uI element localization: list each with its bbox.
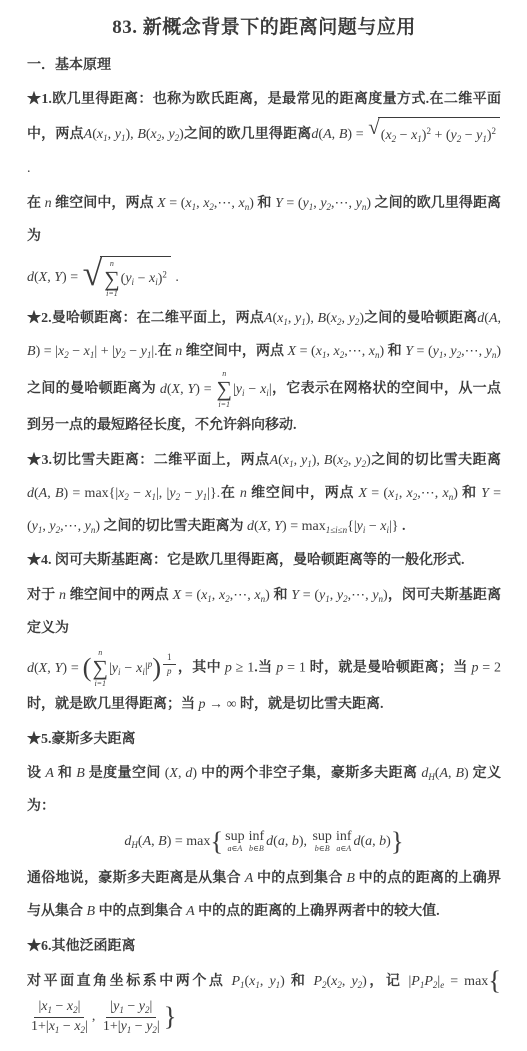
formula-euclidean-nd: d(X, Y) = √n∑i=1(yi − xi)2 .	[27, 256, 501, 300]
para-hausdorff-note: 通俗地说，豪斯多夫距离是从集合 A 中的点到集合 B 中的点的距离的上确界与从集…	[27, 863, 501, 929]
heading-minkowski-distance: ★4. 闵可夫斯基距离：它是欧几里得距离，曼哈顿距离等的一般化形式.	[27, 545, 501, 578]
para-hausdorff-intro: 设 A 和 B 是度量空间 (X, d) 中的两个非空子集，豪斯多夫距离 dH(…	[27, 758, 501, 824]
heading-functional-distance: ★6.其他泛函距离	[27, 931, 501, 964]
heading-hausdorff-distance: ★5.豪斯多夫距离	[27, 724, 501, 757]
para-minkowski-formula: d(X, Y) = (n∑i=1|yi − xi|p)1p，其中 p ≥ 1.当…	[27, 648, 501, 722]
para-minkowski-intro: 对于 n 维空间中的两点 X = (x1, x2,⋯, xn) 和 Y = (y…	[27, 580, 501, 646]
para-euclidean-nd-intro: 在 n 维空间中，两点 X = (x1, x2,⋯, xn) 和 Y = (y1…	[27, 188, 501, 254]
document-page: 83. 新概念背景下的距离问题与应用 一．基本原理 ★1.欧几里得距离：也称为欧…	[0, 0, 527, 1051]
section-heading-basic-principles: 一．基本原理	[27, 51, 501, 80]
formula-hausdorff: dH(A, B) = max{supa∈Ainfb∈Bd(a, b), supb…	[27, 826, 501, 859]
para-euclidean-distance: ★1.欧几里得距离：也称为欧氏距离，是最常见的距离度量方式.在二维平面中，两点A…	[27, 84, 501, 186]
para-functional-distance: 对平面直角坐标系中两个点 P1(x1, y1) 和 P2(x2, y2)，记 |…	[27, 966, 501, 1035]
document-body: { "document": { "title": "83. 新概念背景下的距离问…	[0, 0, 527, 1051]
para-manhattan-distance: ★2.曼哈顿距离：在二维平面上，两点A(x1, y1), B(x2, y2)之间…	[27, 303, 501, 442]
para-chebyshev-distance: ★3.切比雪夫距离：二维平面上，两点A(x1, y1), B(x2, y2)之间…	[27, 445, 501, 544]
doc-title: 83. 新概念背景下的距离问题与应用	[27, 12, 501, 39]
